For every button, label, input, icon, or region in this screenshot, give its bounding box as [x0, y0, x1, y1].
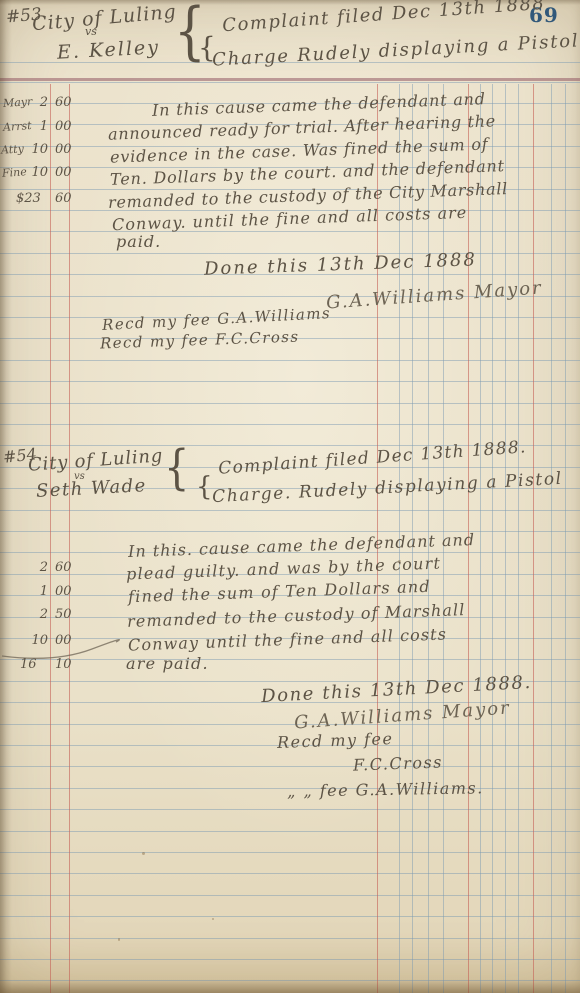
column-rule: [480, 84, 481, 993]
ditto-fee-line: „ „ fee G.A.Williams.: [287, 780, 484, 799]
ruled-line: [0, 424, 580, 425]
column-rule: [565, 84, 566, 993]
total-cents: 10: [55, 658, 72, 671]
vs-label: vs: [85, 26, 97, 37]
cost-dollars: 2: [26, 561, 48, 574]
cost-dollars: 10: [26, 166, 48, 179]
column-rule: [50, 84, 51, 993]
column-rule: [505, 84, 506, 993]
cost-cents: 00: [55, 166, 72, 179]
paper-speck: [398, 560, 401, 562]
total-dollars: $23: [16, 192, 41, 205]
paper-speck: [142, 852, 145, 855]
plaintiff-name: City of Luling: [31, 3, 177, 35]
paper-speck: [212, 918, 214, 920]
ruled-line: [0, 724, 580, 725]
ruled-line: [0, 531, 580, 532]
ruled-line: [0, 403, 580, 404]
fee-signature: F.C.Cross: [353, 754, 443, 773]
ruled-line: [0, 381, 580, 382]
ruled-line: [0, 809, 580, 810]
ruled-line: [0, 959, 580, 960]
fee-receipt-line: Recd my fee: [277, 731, 394, 751]
column-rule: [518, 84, 519, 993]
cost-cents: 00: [55, 120, 72, 133]
defendant-name: Seth Wade: [36, 477, 148, 501]
ruled-line: [0, 231, 580, 232]
complaint-filed-line: Complaint filed Dec 13th 1888: [222, 0, 546, 35]
ruled-line: [0, 510, 580, 511]
total-dollars: 16: [20, 658, 37, 671]
ruled-line: [0, 852, 580, 853]
header-rule-blue-2: [0, 82, 580, 83]
cost-dollars: 10: [26, 143, 48, 156]
mayor-signature: G.A.Williams Mayor: [326, 279, 544, 312]
cost-cents: 50: [55, 608, 72, 621]
ruled-line: [0, 895, 580, 896]
charge-brace: {: [196, 474, 213, 500]
cost-cents: 00: [55, 143, 72, 156]
cost-dollars: 2: [26, 96, 48, 109]
charge-line: Charge. Rudely displaying a Pistol: [212, 471, 563, 506]
case-brace: {: [164, 444, 189, 492]
paper-speck: [118, 938, 120, 941]
cost-dollars: 2: [26, 608, 48, 621]
cost-dollars: 1: [26, 120, 48, 133]
ruled-line: [0, 360, 580, 361]
fee-receipt-line: Recd my fee F.C.Cross: [100, 330, 300, 352]
cost-cents: 00: [55, 585, 72, 598]
ledger-page: 69 #53 City of Luling { Complaint filed …: [0, 0, 580, 993]
ruled-line: [0, 916, 580, 917]
body-line: fined the sum of Ten Dollars and: [128, 579, 431, 606]
ruled-line: [0, 253, 580, 254]
defendant-name: E. Kelley: [57, 38, 161, 62]
column-rule: [492, 84, 493, 993]
body-line: paid.: [116, 234, 161, 250]
charge-line: Charge Rudely displaying a Pistol: [212, 32, 580, 69]
column-rule: [69, 84, 70, 993]
column-rule: [551, 84, 552, 993]
ruled-line: [0, 831, 580, 832]
mayor-signature: G.A.Williams Mayor: [294, 699, 512, 732]
cost-dollars: 1: [26, 585, 48, 598]
column-rule: [533, 84, 534, 993]
body-line: are paid.: [126, 656, 209, 672]
ruled-line: [0, 873, 580, 874]
ruled-line: [0, 938, 580, 939]
cost-cents: 60: [55, 96, 72, 109]
cost-cents: 60: [55, 561, 72, 574]
header-rule-red-band: [0, 78, 580, 81]
cost-label: Fine: [2, 166, 27, 179]
bottom-edge-shadow: [0, 979, 580, 993]
total-cents: 60: [55, 192, 72, 205]
ruled-line: [0, 766, 580, 767]
cost-label: Atty: [1, 143, 25, 156]
plaintiff-name: City of Luling: [28, 447, 164, 474]
